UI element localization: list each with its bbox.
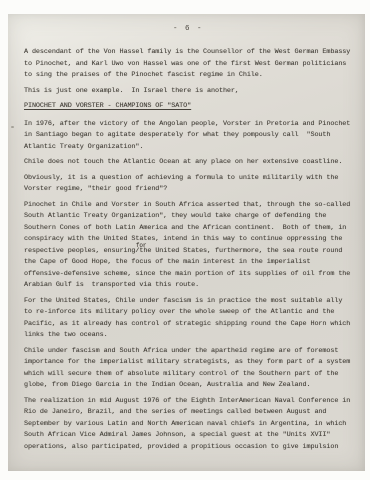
paragraph-foremost-importance: Chile under fascism and South Africa und…: [24, 346, 352, 392]
paragraph-chile-coastline: Chile does not touch the Atlantic Ocean …: [24, 157, 352, 169]
document-page: - 6 - A descendant of the Von Hassel fam…: [8, 14, 365, 471]
section-heading: PINOCHET AND VORSTER - CHAMPIONS OF "SAT…: [24, 101, 352, 113]
paragraph-naval-conference: The realization in mid August 1976 of th…: [24, 396, 352, 454]
scan-artifact: [11, 126, 14, 128]
paragraph-one-example: This is just one example. In Israel ther…: [24, 86, 352, 98]
scanned-document: - 6 - A descendant of the Von Hassel fam…: [0, 0, 370, 480]
paragraph-unite-militarily: Obviously, it is a question of achieving…: [24, 173, 352, 196]
paragraph-von-hassel: A descendant of the Von Hassel family is…: [24, 47, 352, 82]
paragraph-asserted: Pinochet in Chile and Vorster in South A…: [24, 200, 352, 292]
page-content: - 6 - A descendant of the Von Hassel fam…: [24, 25, 352, 457]
paragraph-us-ally: For the United States, Chile under fasci…: [24, 296, 352, 342]
paragraph-sato-1976: In 1976, after the victory of the Angola…: [24, 119, 352, 154]
typed-correction-word: for: [136, 240, 147, 252]
page-number: - 6 -: [24, 25, 352, 33]
